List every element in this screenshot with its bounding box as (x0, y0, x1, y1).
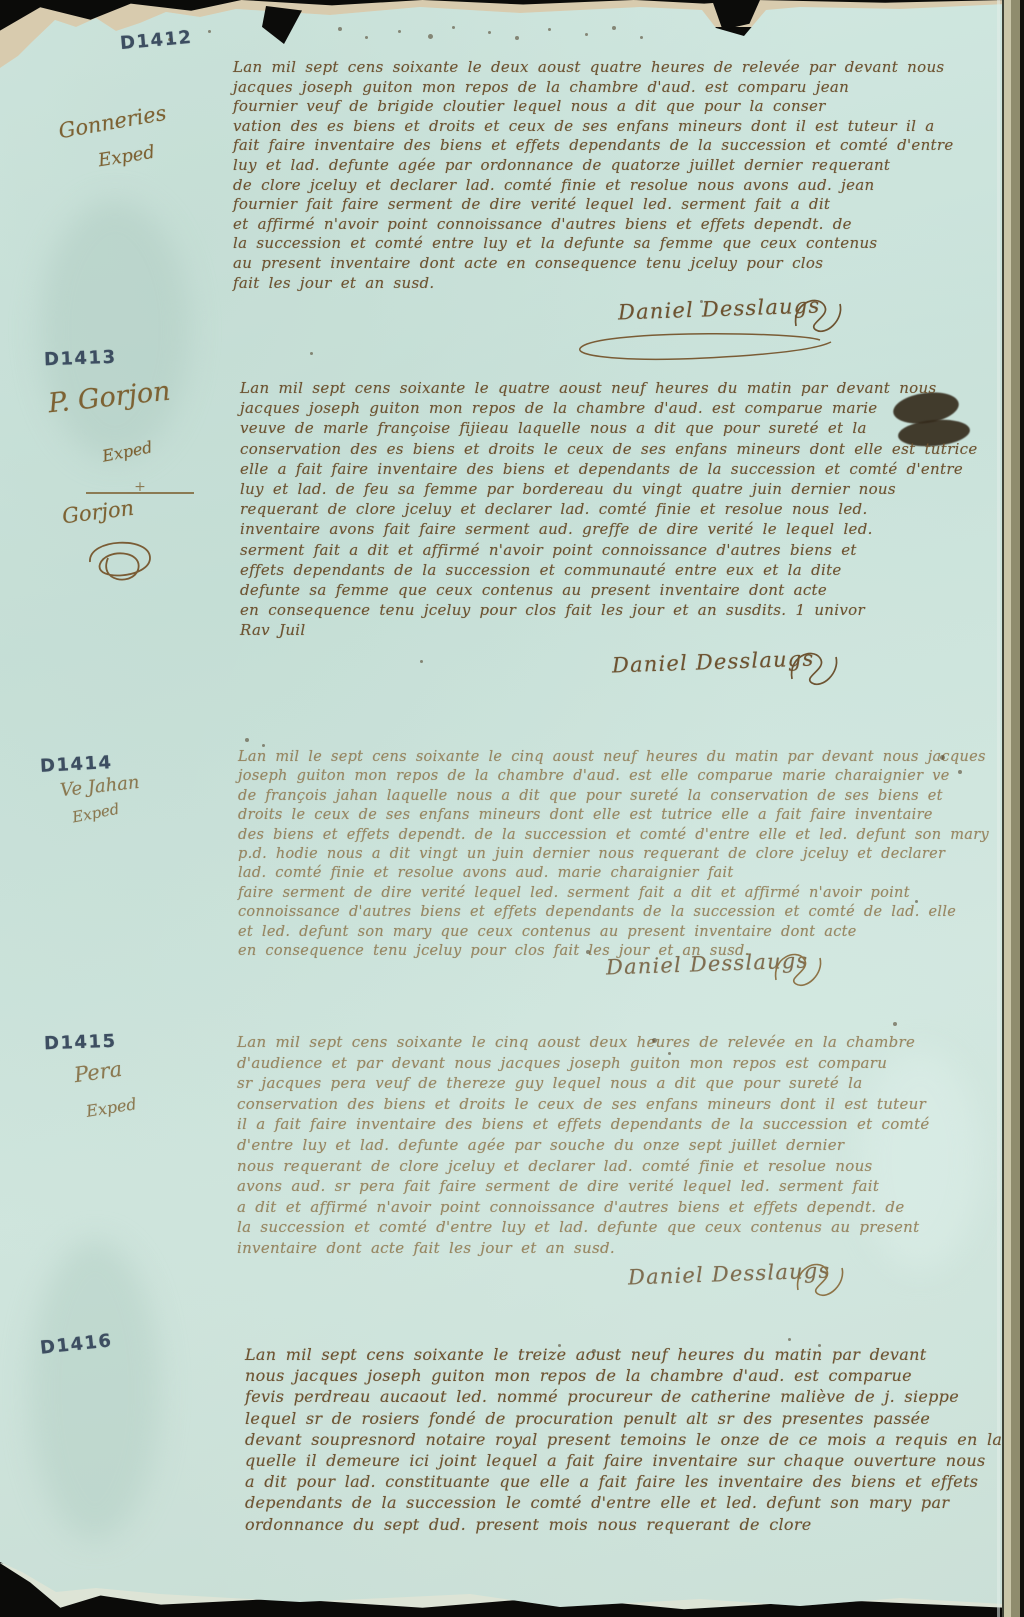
manuscript-line: Lan mil le sept cens soixante le cinq ao… (238, 748, 989, 767)
manuscript-line: a dit et affirmé n'avoir point connoissa… (237, 1197, 930, 1218)
manuscript-line: lequel sr de rosiers fondé de procuratio… (245, 1408, 1002, 1429)
manuscript-line: la succession et comté entre luy et la d… (233, 234, 954, 254)
manuscript-line: de clore jceluy et declarer lad. comté f… (233, 176, 954, 196)
manuscript-line: conservation des es biens et droits le c… (240, 439, 978, 459)
archive-stamp-d1415: D1415 (44, 1031, 117, 1055)
paper-speck (640, 36, 643, 39)
paper-stain (30, 1240, 160, 1540)
paper-speck (668, 1052, 671, 1055)
paper-speck (788, 1338, 791, 1341)
manuscript-line: nous requerant de clore jceluy et declar… (237, 1156, 930, 1177)
manuscript-line: serment fait a dit et affirmé n'avoir po… (240, 540, 978, 560)
paper-speck (488, 31, 491, 34)
paper-speck (652, 1038, 657, 1043)
manuscript-line: defunte sa femme que ceux contenus au pr… (240, 580, 978, 600)
act-text-block: Lan mil sept cens soixante le deux aoust… (233, 58, 954, 293)
signature-paraph-icon (770, 946, 828, 988)
manuscript-line: au present inventaire dont acte en conse… (233, 254, 954, 274)
manuscript-line: d'entre luy et lad. defunte agée par sou… (237, 1135, 930, 1156)
manuscript-line: fait faire inventaire des biens et effet… (233, 136, 954, 156)
paper-speck (245, 738, 249, 742)
manuscript-line: jacques joseph guiton mon repos de la ch… (233, 78, 954, 98)
signature-paraph-icon (792, 1256, 850, 1298)
manuscript-line: il a fait faire inventaire des biens et … (237, 1114, 930, 1135)
paper-speck (428, 34, 433, 39)
manuscript-line: fournier veuf de brigide cloutier lequel… (233, 97, 954, 117)
manuscript-line: sr jacques pera veuf de thereze guy lequ… (237, 1073, 930, 1094)
manuscript-line: d'audience et par devant nous jacques jo… (237, 1053, 930, 1074)
manuscript-line: jacques joseph guiton mon repos de la ch… (240, 398, 978, 418)
manuscript-line: vation des es biens et droits et ceux de… (233, 117, 954, 137)
manuscript-line: inventaire avons fait faire serment aud.… (240, 519, 978, 539)
paper-speck (893, 1022, 897, 1026)
signature-paraph-icon (790, 292, 848, 334)
manuscript-line: ordonnance du sept dud. present mois nou… (245, 1514, 1002, 1535)
manuscript-line: requerant de clore jceluy et declarer la… (240, 499, 978, 519)
paper-speck (168, 38, 171, 41)
paper-speck (940, 755, 945, 760)
manuscript-line: la succession et comté d'entre luy et la… (237, 1217, 930, 1238)
manuscript-line: dependants de la succession le comté d'e… (245, 1492, 1002, 1513)
paper-speck (585, 33, 588, 36)
manuscript-line: p.d. hodie nous a dit vingt un juin dern… (238, 845, 989, 864)
manuscript-line: Rav Juil (240, 620, 978, 640)
paper-speck (310, 352, 313, 355)
archive-stamp-d1413: D1413 (44, 347, 117, 371)
manuscript-line: et led. defunt son mary que ceux contenu… (238, 923, 989, 942)
manuscript-line: droits le ceux de ses enfans mineurs don… (238, 806, 989, 825)
archive-scan: D1412 Gonneries Exped Lan mil sept cens … (0, 0, 1024, 1617)
paper-speck (548, 28, 551, 31)
paper-speck (452, 26, 455, 29)
manuscript-line: Lan mil sept cens soixante le cinq aoust… (237, 1032, 930, 1053)
manuscript-line: faire serment de dire verité lequel led.… (238, 884, 989, 903)
manuscript-line: Lan mil sept cens soixante le quatre aou… (240, 378, 978, 398)
paper-speck (558, 1344, 561, 1347)
manuscript-line: veuve de marle françoise fijieau laquell… (240, 418, 978, 438)
paper-speck (208, 30, 211, 33)
manuscript-line: devant soupresnord notaire royal present… (245, 1429, 1002, 1450)
paper-speck (262, 744, 265, 747)
manuscript-line: fait les jour et an susd. (233, 274, 954, 294)
manuscript-line: elle a fait faire inventaire des biens e… (240, 459, 978, 479)
manuscript-line: avons aud. sr pera fait faire serment de… (237, 1176, 930, 1197)
paper-speck (612, 26, 616, 30)
margin-paraph-icon (78, 524, 168, 588)
margin-cross-mark: + (86, 492, 194, 494)
act-text-block: Lan mil le sept cens soixante le cinq ao… (238, 748, 989, 961)
manuscript-line: Lan mil sept cens soixante le deux aoust… (233, 58, 954, 78)
paper-speck (915, 900, 918, 903)
manuscript-line: lad. comté finie et resolue avons aud. m… (238, 864, 989, 883)
manuscript-line: joseph guiton mon repos de la chambre d'… (238, 767, 989, 786)
manuscript-line: a dit pour lad. constituante que elle a … (245, 1471, 1002, 1492)
paper-speck (592, 1349, 596, 1353)
manuscript-line: Lan mil sept cens soixante le treize aou… (245, 1344, 1002, 1365)
paper-speck (958, 770, 962, 774)
manuscript-line: de françois jahan laquelle nous a dit qu… (238, 787, 989, 806)
manuscript-line: fournier fait faire serment de dire veri… (233, 195, 954, 215)
paper-speck (420, 660, 423, 663)
signature-paraph-icon (786, 645, 844, 687)
paper-speck (700, 300, 703, 303)
archive-stamp-d1414: D1414 (40, 752, 114, 777)
signature-flourish-icon (565, 330, 835, 364)
manuscript-line: des biens et effets dependt. de la succe… (238, 826, 989, 845)
act-text-block: Lan mil sept cens soixante le quatre aou… (240, 378, 978, 641)
paper-speck (586, 950, 590, 954)
manuscript-line: effets dependants de la succession et co… (240, 560, 978, 580)
manuscript-line: quelle il demeure ici joint lequel a fai… (245, 1450, 1002, 1471)
cross-icon: + (134, 479, 146, 495)
manuscript-line: nous jacques joseph guiton mon repos de … (245, 1365, 1002, 1386)
manuscript-line: fevis perdreau aucaout led. nommé procur… (245, 1386, 1002, 1407)
paper-stain (40, 200, 190, 460)
act-text-block: Lan mil sept cens soixante le cinq aoust… (237, 1032, 930, 1259)
manuscript-line: luy et lad. de feu sa femme par borderea… (240, 479, 978, 499)
paper-speck (365, 36, 368, 39)
paper-speck (398, 30, 401, 33)
binding-edge-strip (1002, 0, 1024, 1617)
paper-speck (515, 36, 519, 40)
manuscript-line: luy et lad. defunte agée par ordonnance … (233, 156, 954, 176)
manuscript-line: et affirmé n'avoir point connoissance d'… (233, 215, 954, 235)
manuscript-line: en consequence tenu jceluy pour clos fai… (240, 600, 978, 620)
paper-speck (818, 1344, 821, 1347)
paper-speck (338, 27, 342, 31)
manuscript-line: conservation des biens et droits le ceux… (237, 1094, 930, 1115)
manuscript-line: connoissance d'autres biens et effets de… (238, 903, 989, 922)
act-text-block: Lan mil sept cens soixante le treize aou… (245, 1344, 1002, 1535)
